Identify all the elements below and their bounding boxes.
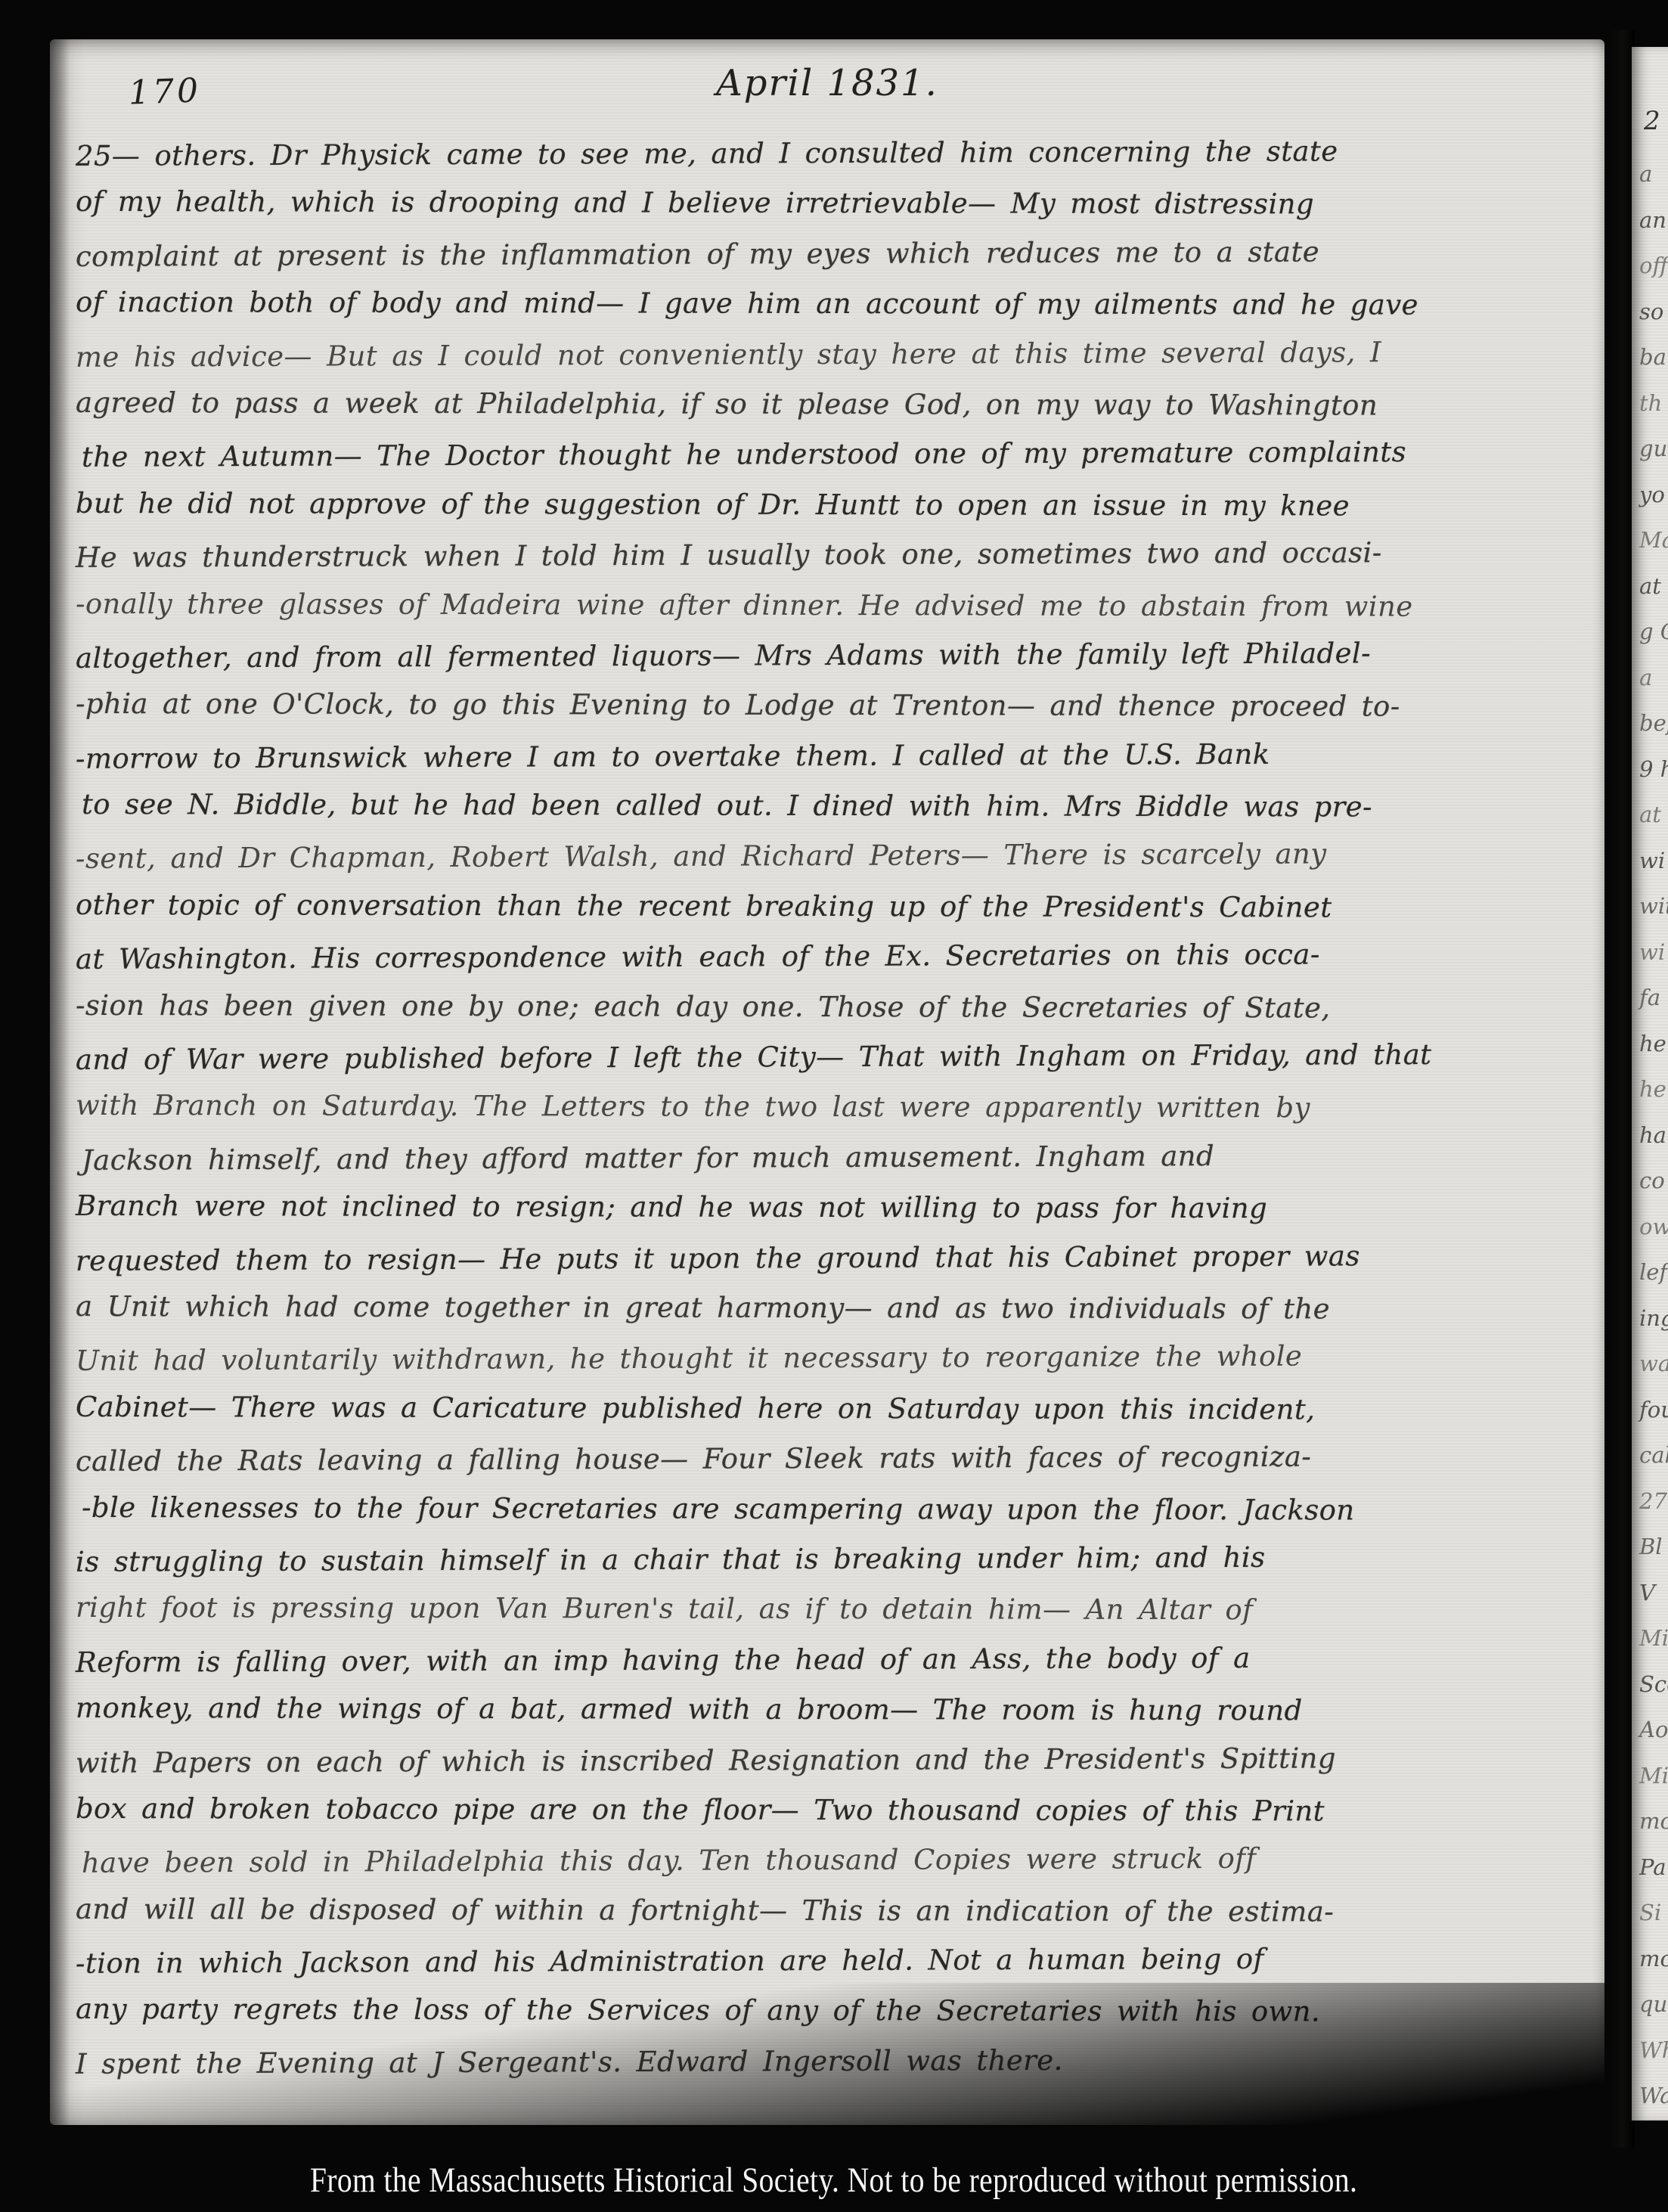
manuscript-line: right foot is pressing upon Van Buren's … <box>76 1583 1584 1637</box>
manuscript-line: called the Rats leaving a falling house—… <box>76 1431 1584 1487</box>
facing-page-text-fragment: Bl <box>1639 1524 1668 1570</box>
facing-page-text-fragment: co <box>1639 1158 1668 1204</box>
facing-page-text-fragment: at <box>1639 792 1668 838</box>
facing-page-text-fragment: Si <box>1639 1890 1668 1936</box>
manuscript-line: monkey, and the wings of a bat, armed wi… <box>76 1683 1584 1737</box>
facing-page-text-fragment: off <box>1639 243 1668 289</box>
manuscript-line: of my health, which is drooping and I be… <box>76 177 1584 231</box>
facing-page-text-fragment: he <box>1639 1021 1668 1067</box>
manuscript-line: -sent, and Dr Chapman, Robert Walsh, and… <box>76 829 1584 885</box>
manuscript-line: the next Autumn— The Doctor thought he u… <box>82 427 1584 483</box>
manuscript-page: 170 April 1831. 25— others. Dr Physick c… <box>50 39 1604 2125</box>
facing-page-text-fragment: cab <box>1639 1432 1668 1478</box>
facing-page-text-fragment: wa <box>1639 1341 1668 1387</box>
manuscript-line: and of War were published before I left … <box>76 1029 1584 1085</box>
facing-page-text-fragment: Mi <box>1639 1615 1668 1661</box>
manuscript-line: Reform is falling over, with an imp havi… <box>76 1632 1584 1688</box>
facing-page-text-fragment: Sco <box>1639 1661 1668 1708</box>
manuscript-line: with Papers on each of which is inscribe… <box>76 1733 1584 1789</box>
manuscript-line: agreed to pass a week at Philadelphia, i… <box>76 378 1584 432</box>
book-gutter <box>1604 30 1635 2148</box>
facing-page-text-fragment: 9 h <box>1639 746 1668 793</box>
manuscript-line: other topic of conversation than the rec… <box>76 880 1584 934</box>
facing-page-text-fragment: 27 <box>1639 1478 1668 1525</box>
facing-page-text-fragment: a <box>1639 151 1668 197</box>
manuscript-line: have been sold in Philadelphia this day.… <box>82 1832 1584 1888</box>
manuscript-line: at Washington. His correspondence with e… <box>76 929 1584 985</box>
manuscript-line: a Unit which had come together in great … <box>76 1282 1584 1336</box>
manuscript-line: 25— others. Dr Physick came to see me, a… <box>76 126 1584 181</box>
facing-page-text-fragment: ha <box>1639 1112 1668 1159</box>
facing-page-text-fragment: wit <box>1639 883 1668 929</box>
manuscript-line: -ble likenesses to the four Secretaries … <box>82 1482 1584 1536</box>
manuscript-line: of inaction both of body and mind— I gav… <box>76 278 1584 331</box>
manuscript-line: requested them to resign— He puts it upo… <box>76 1230 1584 1286</box>
facing-page-text-fragment: wi <box>1639 929 1668 976</box>
repository-caption: From the Massachusetts Historical Societ… <box>310 2160 1357 2201</box>
facing-page-number-fragment: 2 <box>1632 47 1668 151</box>
facing-page-text-fragment: gu <box>1639 426 1668 472</box>
facing-page-text-fragment: he <box>1639 1066 1668 1112</box>
facing-page-fragments: aanoffsobathguyoMaatg Cabefo9 hatwiwitwi… <box>1632 151 1668 2119</box>
manuscript-line: and will all be disposed of within a for… <box>76 1885 1584 1938</box>
facing-page-text-fragment: an <box>1639 197 1668 244</box>
page-header-date: April 1831. <box>50 62 1604 104</box>
manuscript-line: Branch were not inclined to resign; and … <box>76 1181 1584 1235</box>
manuscript-line: but he did not approve of the suggestion… <box>76 479 1584 532</box>
manuscript-line: me his advice— But as I could not conven… <box>76 327 1584 383</box>
facing-page-text-fragment: g C <box>1639 609 1668 655</box>
facing-page-text-fragment: Pa <box>1639 1844 1668 1891</box>
manuscript-line: box and broken tobacco pipe are on the f… <box>76 1784 1584 1838</box>
facing-page-text-fragment: left <box>1639 1249 1668 1295</box>
facing-page-sliver: 2 aanoffsobathguyoMaatg Cabefo9 hatwiwit… <box>1632 47 1668 2120</box>
manuscript-line: -onally three glasses of Madeira wine af… <box>76 579 1584 632</box>
facing-page-text-fragment: ing <box>1639 1295 1668 1342</box>
facing-page-text-fragment: Mi <box>1639 1753 1668 1799</box>
facing-page-text-fragment: th <box>1639 380 1668 427</box>
facing-page-text-fragment: mo <box>1639 1798 1668 1844</box>
manuscript-line: -sion has been given one by one; each da… <box>76 981 1584 1035</box>
facing-page-text-fragment: so <box>1639 289 1668 335</box>
facing-page-text-fragment: ow <box>1639 1204 1668 1250</box>
facing-page-text-fragment: befo <box>1639 700 1668 746</box>
manuscript-line: is struggling to sustain himself in a ch… <box>76 1531 1584 1587</box>
page-binding-shadow <box>50 39 70 2125</box>
facing-page-text-fragment: ba <box>1639 334 1668 380</box>
facing-page-text-fragment: fa <box>1639 975 1668 1021</box>
facing-page-text-fragment: mo <box>1639 1936 1668 1982</box>
facing-page-text-fragment: Wa <box>1639 2073 1668 2119</box>
manuscript-line: Cabinet— There was a Caricature publishe… <box>76 1382 1584 1436</box>
manuscript-lines: 25— others. Dr Physick came to see me, a… <box>76 129 1584 2086</box>
page-bottom-shadow <box>50 1983 1604 2127</box>
facing-page-text-fragment: Ma <box>1639 517 1668 563</box>
manuscript-line: altogether, and from all fermented liquo… <box>76 628 1584 684</box>
manuscript-line: -tion in which Jackson and his Administr… <box>76 1933 1584 1989</box>
manuscript-line: Jackson himself, and they afford matter … <box>82 1130 1584 1186</box>
facing-page-text-fragment: yo <box>1639 472 1668 518</box>
manuscript-line: Unit had voluntarily withdrawn, he thoug… <box>76 1331 1584 1387</box>
manuscript-line: complaint at present is the inflammation… <box>76 226 1584 282</box>
facing-page-text-fragment: a <box>1639 655 1668 701</box>
manuscript-line: to see N. Biddle, but he had been called… <box>82 780 1584 833</box>
facing-page-text-fragment: qu <box>1639 1981 1668 2027</box>
facing-page-text-fragment: Wh <box>1639 2027 1668 2074</box>
facing-page-text-fragment: wi <box>1639 838 1668 884</box>
facing-page-text-fragment: Ao <box>1639 1707 1668 1753</box>
manuscript-line: He was thunderstruck when I told him I u… <box>76 527 1584 583</box>
manuscript-line: -phia at one O'Clock, to go this Evening… <box>76 679 1584 733</box>
facing-page-text-fragment: fou <box>1639 1387 1668 1433</box>
facing-page-text-fragment: at <box>1639 563 1668 610</box>
facing-page-text-fragment: V <box>1639 1570 1668 1616</box>
caption-bar: From the Massachusetts Historical Societ… <box>0 2148 1668 2212</box>
manuscript-line: -morrow to Brunswick where I am to overt… <box>76 728 1584 784</box>
manuscript-line: with Branch on Saturday. The Letters to … <box>76 1081 1584 1134</box>
